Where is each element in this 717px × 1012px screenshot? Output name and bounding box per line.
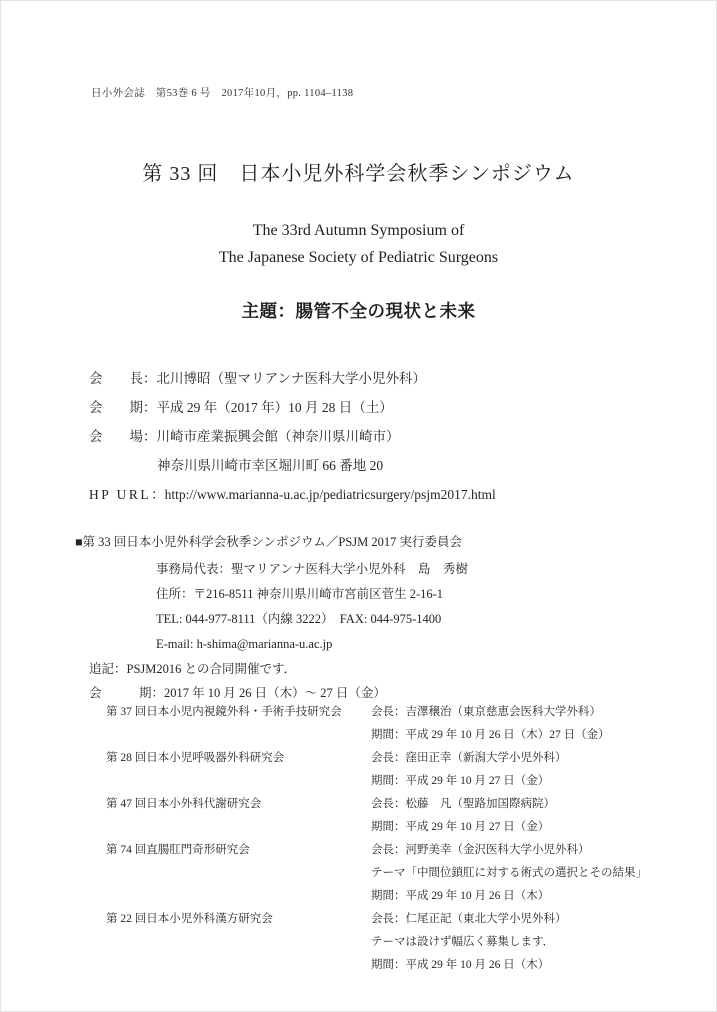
symposium-theme: 主題：腸管不全の現状と未来 [1,298,716,323]
meeting-row-28: 第 28 回日本小児呼吸器外科研究会 会長：窪田正幸（新潟大学小児外科） 期間：… [1,747,716,793]
meeting-period: 期間：平成 29 年 10 月 26 日（木） [371,885,716,908]
meeting-chair: 会長：松藤 凡（聖路加国際病院） [371,793,716,816]
overview-date: 会 期：平成 29 年（2017 年）10 月 28 日（土） [89,393,496,422]
meeting-period: 期間：平成 29 年 10 月 27 日（金） [371,770,716,793]
postscript-note: 追記：PSJM2016 との合同開催です． [89,659,296,677]
meeting-period: 期間：平成 29 年 10 月 27 日（金） [371,816,716,839]
committee-address: 住所：〒216-8511 神奈川県川崎市宮前区菅生 2-16-1 [156,582,468,607]
postscript-period: 会 期：2017 年 10 月 26 日（木）～ 27 日（金） [89,683,386,701]
committee-email: E-mail: h-shima@marianna-u.ac.jp [156,632,468,657]
hp-url-value: ：http://www.marianna-u.ac.jp/pediatricsu… [151,487,496,502]
overview-president: 会 長：北川博昭（聖マリアンナ医科大学小児外科） [89,364,496,393]
meeting-period: 期間：平成 29 年 10 月 26 日（木）27 日（金） [371,724,716,747]
overview-venue: 会 場：川崎市産業振興会館（神奈川県川崎市） [89,422,496,451]
meeting-name: 第 22 回日本小児外科漢方研究会 [106,908,273,931]
meeting-chair: 会長：河野美幸（金沢医科大学小児外科） [371,839,716,862]
meeting-theme: テーマは設けず幅広く募集します． [371,931,716,954]
meeting-name: 第 74 回直腸肛門奇形研究会 [106,839,250,862]
meeting-name: 第 37 回日本小児内視鏡外科・手術手技研究会 [106,701,342,724]
committee-block: 事務局代表：聖マリアンナ医科大学小児外科 島 秀樹 住所：〒216-8511 神… [156,557,468,657]
symposium-title-ja: 第 33 回 日本小児外科学会秋季シンポジウム [1,157,716,186]
hp-url-label: HP URL [89,487,151,502]
meeting-row-74: 第 74 回直腸肛門奇形研究会 会長：河野美幸（金沢医科大学小児外科） テーマ「… [1,839,716,908]
meeting-row-37: 第 37 回日本小児内視鏡外科・手術手技研究会 会長：吉澤穣治（東京慈恵会医科大… [1,701,716,747]
committee-representative: 事務局代表：聖マリアンナ医科大学小児外科 島 秀樹 [156,557,468,582]
related-meetings-list: 第 37 回日本小児内視鏡外科・手術手技研究会 会長：吉澤穣治（東京慈恵会医科大… [1,701,716,977]
meeting-name: 第 28 回日本小児呼吸器外科研究会 [106,747,284,770]
meeting-chair: 会長：吉澤穣治（東京慈恵会医科大学外科） [371,701,716,724]
overview-venue-address: 神奈川県川崎市幸区堀川町 66 番地 20 [89,451,496,480]
meeting-row-47: 第 47 回日本小外科代謝研究会 会長：松藤 凡（聖路加国際病院） 期間：平成 … [1,793,716,839]
overview-block: 会 長：北川博昭（聖マリアンナ医科大学小児外科） 会 期：平成 29 年（201… [89,364,496,509]
symposium-title-en-line1: The 33rd Autumn Symposium of [1,222,716,240]
meeting-chair: 会長：仁尾正記（東北大学小児外科） [371,908,716,931]
meeting-row-22: 第 22 回日本小児外科漢方研究会 会長：仁尾正記（東北大学小児外科） テーマは… [1,908,716,977]
meeting-name: 第 47 回日本小外科代謝研究会 [106,793,261,816]
meeting-period: 期間：平成 29 年 10 月 26 日（木） [371,954,716,977]
committee-tel-fax: TEL: 044-977-8111（内線 3222） FAX: 044-975-… [156,607,468,632]
meeting-theme: テーマ「中間位鎖肛に対する術式の選択とその結果」 [371,862,716,885]
meeting-chair: 会長：窪田正幸（新潟大学小児外科） [371,747,716,770]
journal-page: 日小外会誌 第53巻 6 号 2017年10月，pp. 1104–1138 第 … [0,0,717,1012]
symposium-title-en-line2: The Japanese Society of Pediatric Surgeo… [1,249,716,267]
journal-citation-line: 日小外会誌 第53巻 6 号 2017年10月，pp. 1104–1138 [91,85,353,100]
overview-hp-url-row: HP URL：http://www.marianna-u.ac.jp/pedia… [89,480,496,509]
committee-heading: ■第 33 回日本小児外科学会秋季シンポジウム／PSJM 2017 実行委員会 [75,532,462,550]
